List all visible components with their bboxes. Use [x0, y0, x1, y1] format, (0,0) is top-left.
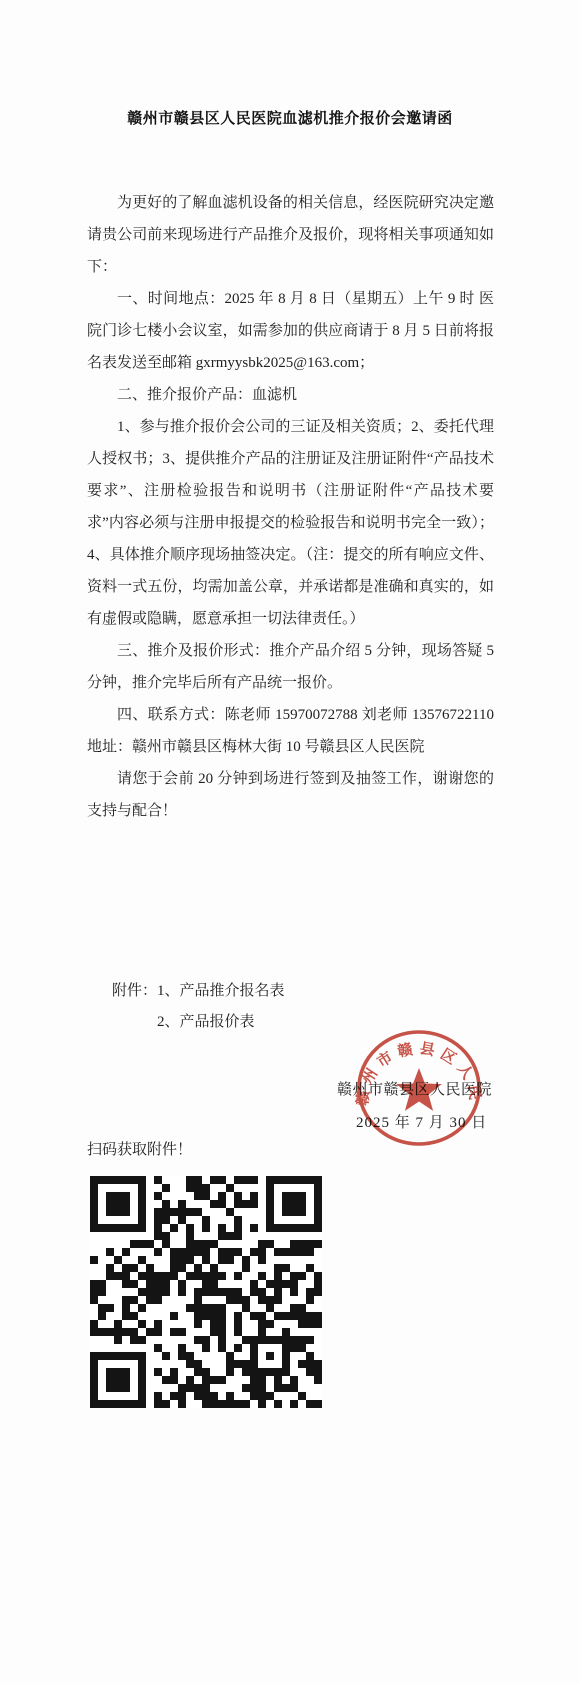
signature-date: 2025 年 7 月 30 日: [356, 1111, 487, 1132]
qr-caption: 扫码获取附件！: [87, 1138, 192, 1159]
signature-organization: 赣州市赣县区人民医院: [337, 1078, 492, 1099]
qr-code: [90, 1176, 322, 1408]
attachments-list: 附件：1、产品推介报名表 2、产品报价表: [112, 976, 285, 1038]
paragraph-product: 二、推介报价产品：血滤机: [87, 379, 494, 411]
paragraph-time-place: 一、时间地点：2025 年 8 月 8 日（星期五）上午 9 时 医院门诊七楼小…: [87, 283, 494, 379]
paragraph-intro: 为更好的了解血滤机设备的相关信息，经医院研究决定邀请贵公司前来现场进行产品推介及…: [87, 187, 494, 283]
attachment-item-1: 附件：1、产品推介报名表: [112, 976, 285, 1007]
paragraph-closing: 请您于会前 20 分钟到场进行签到及抽签工作，谢谢您的支持与配合！: [87, 763, 494, 827]
scanned-invitation-letter: 赣州市赣县区人民医院血滤机推介报价会邀请函 为更好的了解血滤机设备的相关信息，经…: [0, 0, 580, 1684]
paragraph-format: 三、推介及报价形式：推介产品介绍 5 分钟，现场答疑 5 分钟，推介完毕后所有产…: [87, 635, 494, 699]
paragraph-contact: 四、联系方式：陈老师 15970072788 刘老师 13576722110 地…: [87, 699, 494, 763]
paragraph-requirements: 1、参与推介报价会公司的三证及相关资质；2、委托代理人授权书；3、提供推介产品的…: [87, 411, 494, 635]
attachment-item-2: 2、产品报价表: [157, 1007, 285, 1038]
attachments-label: 附件：: [112, 983, 157, 999]
document-body: 为更好的了解血滤机设备的相关信息，经医院研究决定邀请贵公司前来现场进行产品推介及…: [87, 187, 494, 827]
document-title: 赣州市赣县区人民医院血滤机推介报价会邀请函: [0, 107, 580, 128]
